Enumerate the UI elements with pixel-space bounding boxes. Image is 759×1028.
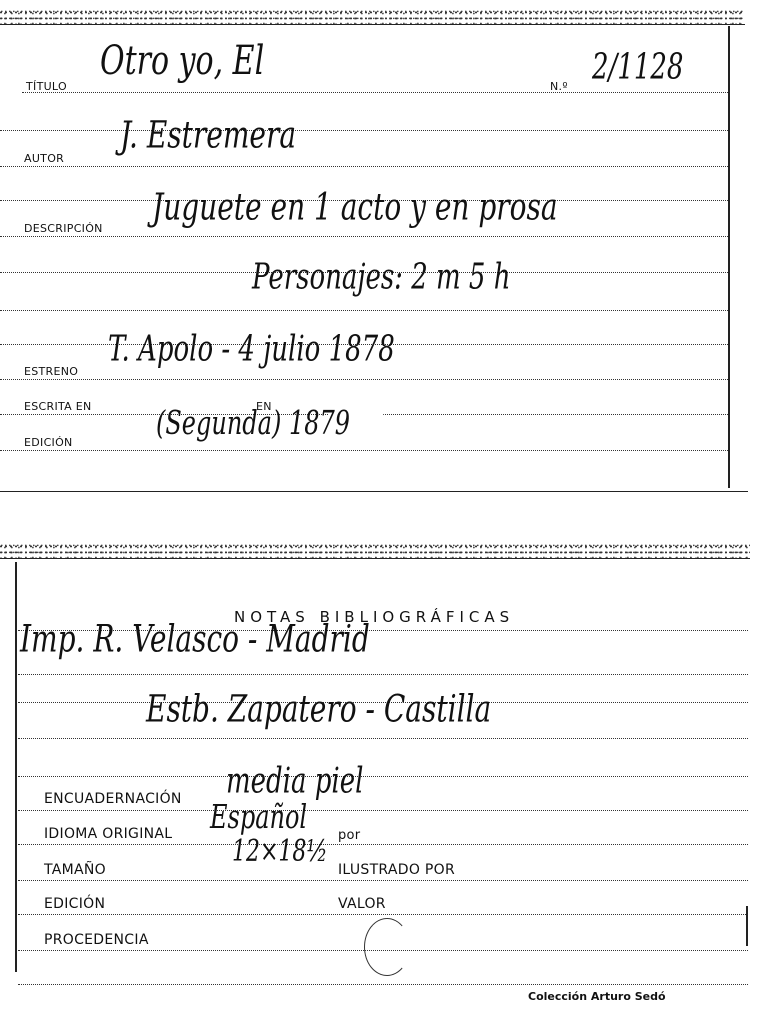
label-estreno: ESTRENO (24, 365, 78, 378)
card-bottom-border (0, 491, 748, 492)
ruled-line (18, 738, 748, 739)
card-right-mark (746, 906, 748, 946)
stamp-mark (364, 918, 410, 976)
value-tamano: 12×18½ (232, 835, 328, 869)
label-procedencia: PROCEDENCIA (44, 932, 149, 948)
value-encuadernacion: media piel (226, 762, 363, 803)
label-edicion: EDICIÓN (24, 436, 73, 449)
ruled-line (0, 130, 728, 131)
ruled-line (0, 166, 728, 167)
label-escrita-en: ESCRITA EN (24, 400, 92, 413)
value-estreno: T. Apolo - 4 julio 1878 (108, 330, 395, 371)
ruled-line (18, 776, 748, 777)
ruled-line (0, 450, 728, 451)
label-tamano: TAMAÑO (44, 862, 106, 878)
ruled-line (0, 379, 728, 380)
label-idioma-original: IDIOMA ORIGINAL (44, 826, 172, 842)
ruled-line (0, 236, 728, 237)
ruled-line (22, 92, 728, 93)
label-por: por (338, 828, 360, 843)
label-numero: N.º (550, 80, 568, 93)
note-line-2: Estb. Zapatero - Castilla (146, 686, 491, 731)
ruled-line (0, 310, 728, 311)
value-descripcion-line1: Juguete en 1 acto y en prosa (152, 184, 558, 229)
label-edicion-bottom: EDICIÓN (44, 896, 105, 912)
ruled-line (18, 914, 748, 915)
ruled-line (18, 984, 748, 985)
card-left-border (15, 562, 17, 972)
ruled-line (18, 674, 748, 675)
label-encuadernacion: ENCUADERNACIÓN (44, 791, 182, 807)
card-top-edge (0, 10, 745, 25)
value-autor: J. Estremera (120, 112, 296, 157)
value-titulo: Otro yo, El (100, 38, 264, 85)
ruled-line (18, 844, 748, 845)
label-ilustrado-por: ILUSTRADO POR (338, 862, 455, 878)
collection-footer: Colección Arturo Sedó (528, 990, 666, 1003)
note-line-1: Imp. R. Velasco - Madrid (20, 616, 370, 661)
value-edicion: (Segunda) 1879 (156, 404, 350, 442)
ruled-line (18, 880, 748, 881)
label-valor: VALOR (338, 896, 386, 912)
label-autor: AUTOR (24, 152, 64, 165)
catalog-card-bottom: NOTAS BIBLIOGRÁFICAS Imp. R. Velasco - M… (0, 540, 759, 1028)
catalog-card-top: TÍTULO Otro yo, El N.º 2/1128 AUTOR J. E… (0, 0, 759, 500)
label-descripcion: DESCRIPCIÓN (24, 222, 103, 235)
value-idioma-original: Español (210, 798, 307, 836)
card-bottom-edge (0, 544, 750, 559)
value-numero: 2/1128 (592, 48, 683, 89)
ruled-line (18, 810, 748, 811)
value-descripcion-line2: Personajes: 2 m 5 h (252, 258, 510, 299)
label-titulo: TÍTULO (26, 80, 67, 93)
card-right-border (728, 26, 730, 488)
